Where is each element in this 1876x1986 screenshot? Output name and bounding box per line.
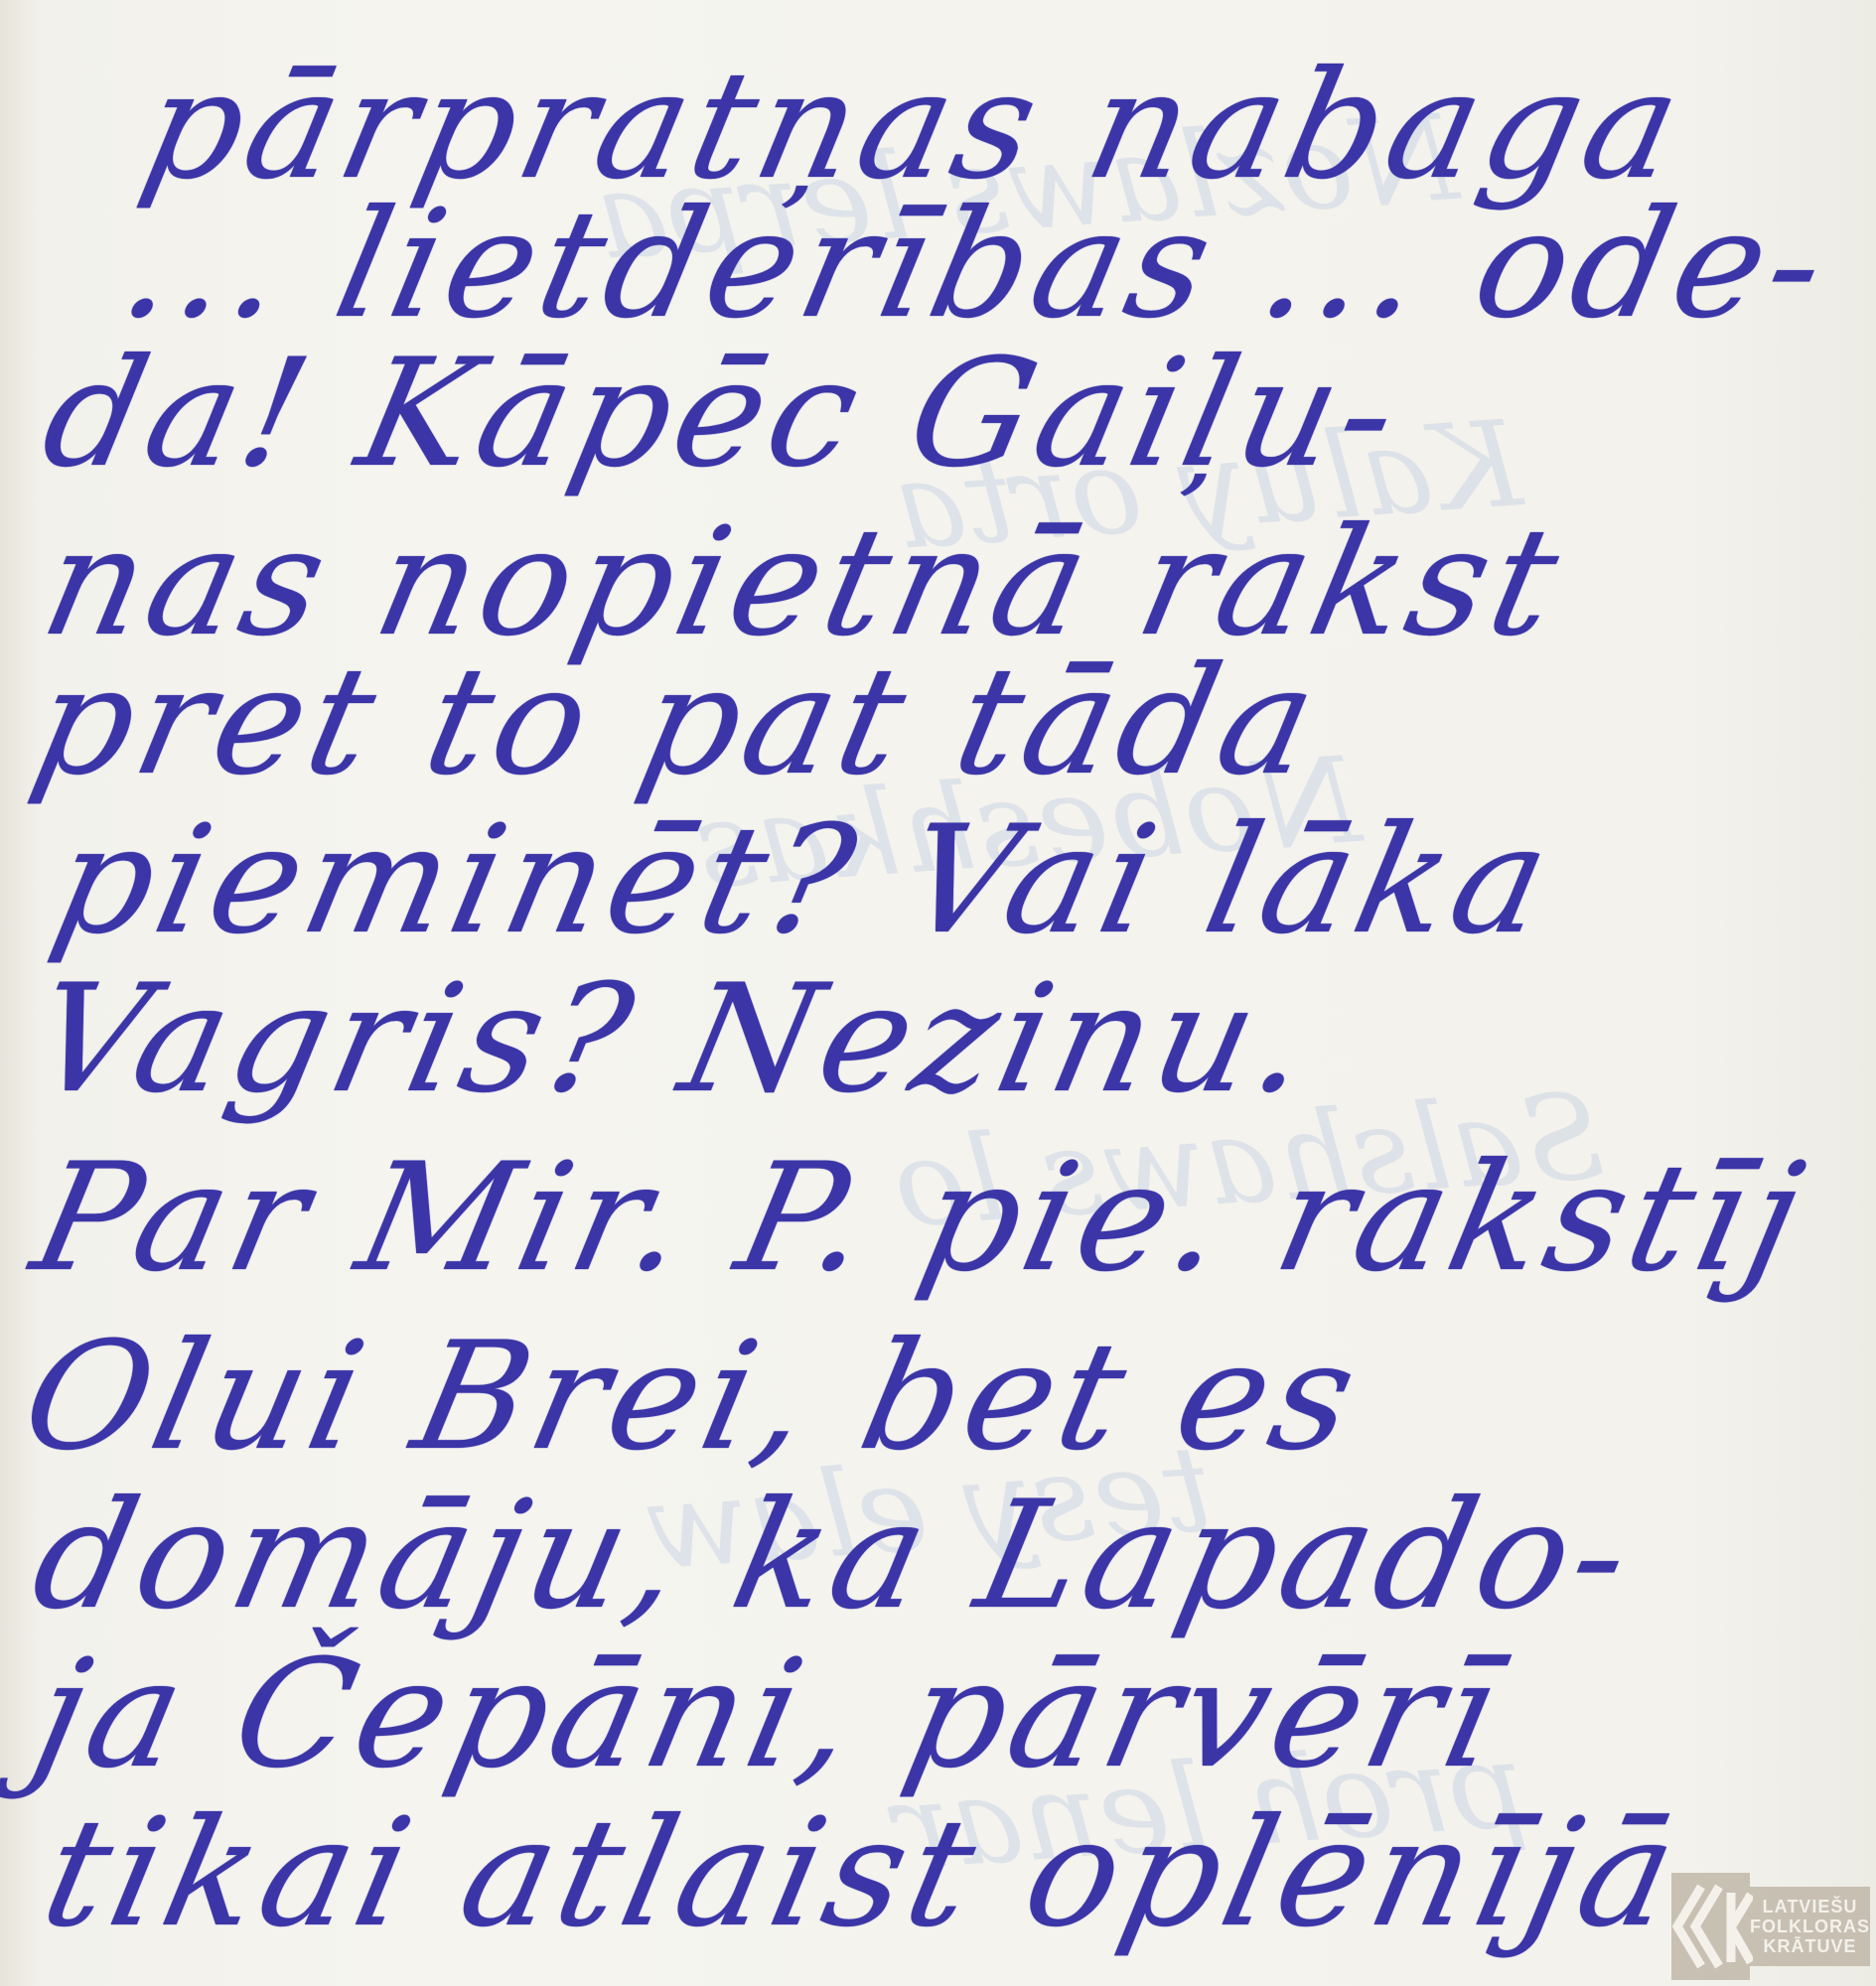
handwritten-line-9: Olui Brei, bet es (10, 1311, 1375, 1484)
handwritten-line-7: Vagris? Nezinu. (20, 953, 1331, 1126)
handwritten-line-6: pieminēt? Vai lāka (40, 794, 1568, 967)
watermark-line-3: KRĀTUVE (1763, 1936, 1856, 1956)
handwritten-line-11: ja Čepāni, pārvērī (20, 1629, 1517, 1801)
watermark-text: LATVIEŠU FOLKLORAS KRĀTUVE (1750, 1887, 1870, 1966)
handwritten-line-3: da! Kāpēc Gaiļu- (30, 328, 1417, 500)
manuscript-page: Nozlaws lerpa Kaluy orta Nobeshkas Salsh… (0, 0, 1876, 1986)
handwritten-line-5: pret to pat tāda (20, 636, 1335, 808)
lfk-logo-icon (1671, 1873, 1750, 1980)
archive-watermark: LATVIEŠU FOLKLORAS KRĀTUVE (1671, 1873, 1870, 1980)
handwritten-line-8: Par Mir. P. pie. rakstīj (20, 1132, 1821, 1305)
handwritten-line-10: domāju, ka Lapado- (20, 1470, 1650, 1642)
watermark-line-1: LATVIEŠU (1763, 1897, 1858, 1916)
handwritten-line-12: tikai atlaist oplēnījā (30, 1787, 1695, 1960)
watermark-line-2: FOLKLORAS (1750, 1916, 1870, 1936)
handwritten-line-2: ... lietderības ... ode- (109, 179, 1845, 352)
